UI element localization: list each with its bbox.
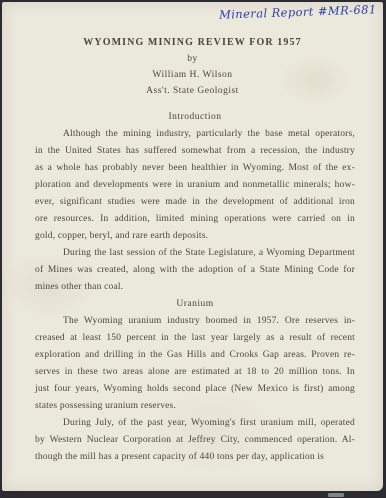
text-line: as a whole has probably never been healt… (35, 160, 355, 177)
text-line: mines other than coal. (35, 279, 355, 296)
text-line: in the United States has suffered somewh… (35, 143, 355, 160)
paper-sheet: Mineral Report #MR-681 WYOMING MINING RE… (2, 2, 383, 491)
text-line: ploration and developments were in urani… (35, 177, 355, 194)
document-title: WYOMING MINING REVIEW FOR 1957 (2, 35, 383, 51)
text-line: creased at least 150 percent in the last… (35, 330, 355, 347)
document-body: Introduction Although the mining industr… (35, 109, 355, 466)
handwritten-annotation: Mineral Report #MR-681 (219, 2, 377, 21)
text-line: exploration and drilling in the Gas Hill… (35, 347, 355, 364)
text-line: though the mill has a present capacity o… (35, 449, 355, 466)
scan-edge-notch (328, 493, 344, 497)
text-line: just four years, Wyoming holds second pl… (35, 381, 355, 398)
text-line: gold, copper, beryl, and rare earth depo… (35, 228, 355, 245)
text-line: The Wyoming uranium industry boomed in 1… (35, 313, 355, 330)
paragraph: The Wyoming uranium industry boomed in 1… (35, 313, 355, 415)
author-title: Ass't. State Geologist (2, 83, 383, 99)
text-line: During July, of the past year, Wyoming's… (35, 415, 355, 432)
document-header: WYOMING MINING REVIEW FOR 1957 by Willia… (2, 35, 383, 99)
section-heading-uranium: Uranium (35, 296, 355, 313)
scanned-document-page: { "annotation": "Mineral Report #MR-681"… (0, 0, 386, 498)
text-line: of Mines was created, along with the ado… (35, 262, 355, 279)
text-line: by Western Nuclear Corporation at Jeffre… (35, 432, 355, 449)
author-name: William H. Wilson (2, 67, 383, 83)
paragraph: Although the mining industry, particular… (35, 126, 355, 245)
paragraph: During July, of the past year, Wyoming's… (35, 415, 355, 466)
section-heading-introduction: Introduction (35, 109, 355, 126)
text-line: serves in these two areas alone are esti… (35, 364, 355, 381)
text-line: Although the mining industry, particular… (35, 126, 355, 143)
text-line: states possessing uranium reserves. (35, 398, 355, 415)
paragraph: During the last session of the State Leg… (35, 245, 355, 296)
text-line: During the last session of the State Leg… (35, 245, 355, 262)
text-line: ever, significant studies were made in t… (35, 194, 355, 211)
byline: by (2, 51, 383, 67)
text-line: ore resources. In addition, limited mini… (35, 211, 355, 228)
